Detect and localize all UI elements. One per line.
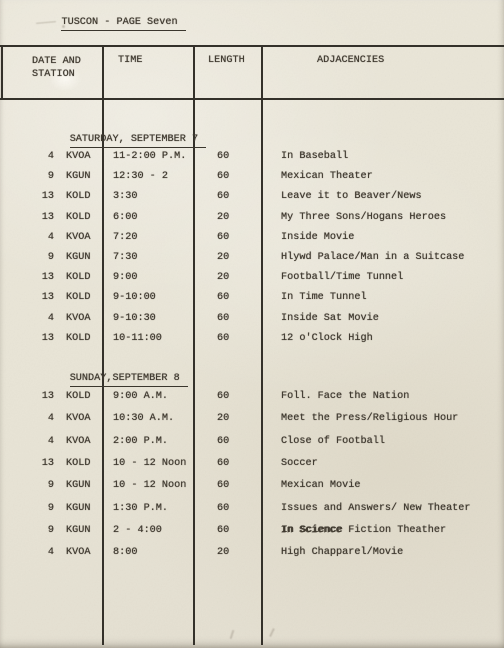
length-value: 20 [217,272,229,284]
adjacency-overstruck-text: In Science [281,525,342,537]
time-value: 10-11:00 [113,333,162,345]
station-call: KVOA [66,436,90,448]
length-value: 60 [217,503,229,515]
station-call: KOLD [66,333,90,345]
length-value: 60 [217,232,229,244]
time-value: 1:30 P.M. [113,503,168,515]
schedule-row: 4 KVOA 10:30 A.M. 20 Meet the Press/Reli… [0,413,504,426]
station-number: 4 [36,436,54,448]
length-value: 20 [217,547,229,559]
length-value: 60 [217,171,229,183]
length-value: 60 [217,391,229,403]
length-value: 60 [217,480,229,492]
schedule-row: 13 KOLD 10 - 12 Noon 60 Soccer [0,458,504,471]
station-call: KOLD [66,272,90,284]
adjacency-value: Inside Movie [281,232,354,244]
length-value: 60 [217,525,229,537]
section-heading-label: SUNDAY,SEPTEMBER 8 [70,373,188,387]
station-call: KVOA [66,232,90,244]
time-value: 9:00 [113,272,137,284]
station-number: 13 [36,391,54,403]
station-number: 13 [36,292,54,304]
time-value: 2:00 P.M. [113,436,168,448]
adjacency-value: Fiction Theather [342,525,446,537]
schedule-row: 9 KGUN 12:30 - 2 60 Mexican Theater [0,171,504,184]
section-heading-label: SATURDAY, SEPTEMBER 7 [70,134,206,148]
time-value: 3:30 [113,191,137,203]
adjacency-value: Mexican Theater [281,171,373,183]
length-value: 60 [217,436,229,448]
station-number: 13 [36,272,54,284]
schedule-row: 13 KOLD 6:00 20 My Three Sons/Hogans Her… [0,212,504,225]
schedule-row: 13 KOLD 9:00 A.M. 60 Foll. Face the Nati… [0,391,504,404]
schedule-row: 4 KVOA 8:00 20 High Chapparel/Movie [0,547,504,560]
station-call: KOLD [66,292,90,304]
station-number: 4 [36,313,54,325]
time-value: 11-2:00 P.M. [113,151,186,163]
time-value: 6:00 [113,212,137,224]
adjacency-value: My Three Sons/Hogans Heroes [281,212,446,224]
time-value: 9-10:00 [113,292,156,304]
time-value: 12:30 - 2 [113,171,168,183]
time-value: 2 - 4:00 [113,525,162,537]
schedule-row: 4 KVOA 2:00 P.M. 60 Close of Football [0,436,504,449]
station-call: KOLD [66,212,90,224]
station-call: KGUN [66,480,90,492]
length-value: 20 [217,252,229,264]
station-number: 9 [36,171,54,183]
length-value: 60 [217,292,229,304]
schedule-row: 13 KOLD 10-11:00 60 12 o'Clock High [0,333,504,346]
adjacency-value: 12 o'Clock High [281,333,373,345]
station-number: 4 [36,232,54,244]
adjacency-value: Soccer [281,458,318,470]
station-call: KOLD [66,391,90,403]
scanned-page: TUSCON - PAGE Seven DATE ANDSTATION TIME… [0,0,504,648]
station-call: KVOA [66,151,90,163]
schedule-row: 4 KVOA 7:20 60 Inside Movie [0,232,504,245]
time-value: 10 - 12 Noon [113,458,186,470]
station-number: 9 [36,252,54,264]
adjacency-value: Hlywd Palace/Man in a Suitcase [281,252,464,264]
station-number: 4 [36,151,54,163]
length-value: 20 [217,212,229,224]
adjacency-value: Inside Sat Movie [281,313,379,325]
schedule-row: 9 KGUN 7:30 20 Hlywd Palace/Man in a Sui… [0,252,504,265]
station-call: KOLD [66,191,90,203]
station-call: KVOA [66,313,90,325]
adjacency-value: Leave it to Beaver/News [281,191,422,203]
schedule-row: 13 KOLD 3:30 60 Leave it to Beaver/News [0,191,504,204]
schedule-row: 4 KVOA 9-10:30 60 Inside Sat Movie [0,313,504,326]
station-call: KGUN [66,171,90,183]
length-value: 60 [217,151,229,163]
station-call: KVOA [66,547,90,559]
time-value: 7:30 [113,252,137,264]
station-number: 13 [36,333,54,345]
schedule-row: 9 KGUN 10 - 12 Noon 60 Mexican Movie [0,480,504,493]
schedule-row: 9 KGUN 2 - 4:00 60 In Science Fiction Th… [0,525,504,538]
time-value: 9-10:30 [113,313,156,325]
adjacency-value: Issues and Answers/ New Theater [281,503,471,515]
station-number: 13 [36,191,54,203]
station-number: 4 [36,413,54,425]
length-value: 60 [217,313,229,325]
adjacency-value: Foll. Face the Nation [281,391,409,403]
station-number: 4 [36,547,54,559]
adjacency-value: Meet the Press/Religious Hour [281,413,458,425]
time-value: 8:00 [113,547,137,559]
length-value: 60 [217,458,229,470]
time-value: 10:30 A.M. [113,413,174,425]
station-call: KOLD [66,458,90,470]
time-value: 7:20 [113,232,137,244]
station-call: KGUN [66,525,90,537]
time-value: 9:00 A.M. [113,391,168,403]
station-number: 9 [36,480,54,492]
station-call: KVOA [66,413,90,425]
adjacency-value: High Chapparel/Movie [281,547,403,559]
schedule-row: 9 KGUN 1:30 P.M. 60 Issues and Answers/ … [0,503,504,516]
schedule-content: SATURDAY, SEPTEMBER 7 4 KVOA 11-2:00 P.M… [0,0,504,648]
station-call: KGUN [66,252,90,264]
length-value: 60 [217,333,229,345]
adjacency-value: In Baseball [281,151,348,163]
schedule-row: 4 KVOA 11-2:00 P.M. 60 In Baseball [0,151,504,164]
station-call: KGUN [66,503,90,515]
station-number: 13 [36,212,54,224]
length-value: 20 [217,413,229,425]
adjacency-value: Close of Football [281,436,385,448]
adjacency-value: Mexican Movie [281,480,360,492]
schedule-row: 13 KOLD 9-10:00 60 In Time Tunnel [0,292,504,305]
adjacency-value: Football/Time Tunnel [281,272,403,284]
station-number: 9 [36,503,54,515]
adjacency-value: In Time Tunnel [281,292,367,304]
length-value: 60 [217,191,229,203]
station-number: 13 [36,458,54,470]
schedule-row: 13 KOLD 9:00 20 Football/Time Tunnel [0,272,504,285]
station-number: 9 [36,525,54,537]
time-value: 10 - 12 Noon [113,480,186,492]
